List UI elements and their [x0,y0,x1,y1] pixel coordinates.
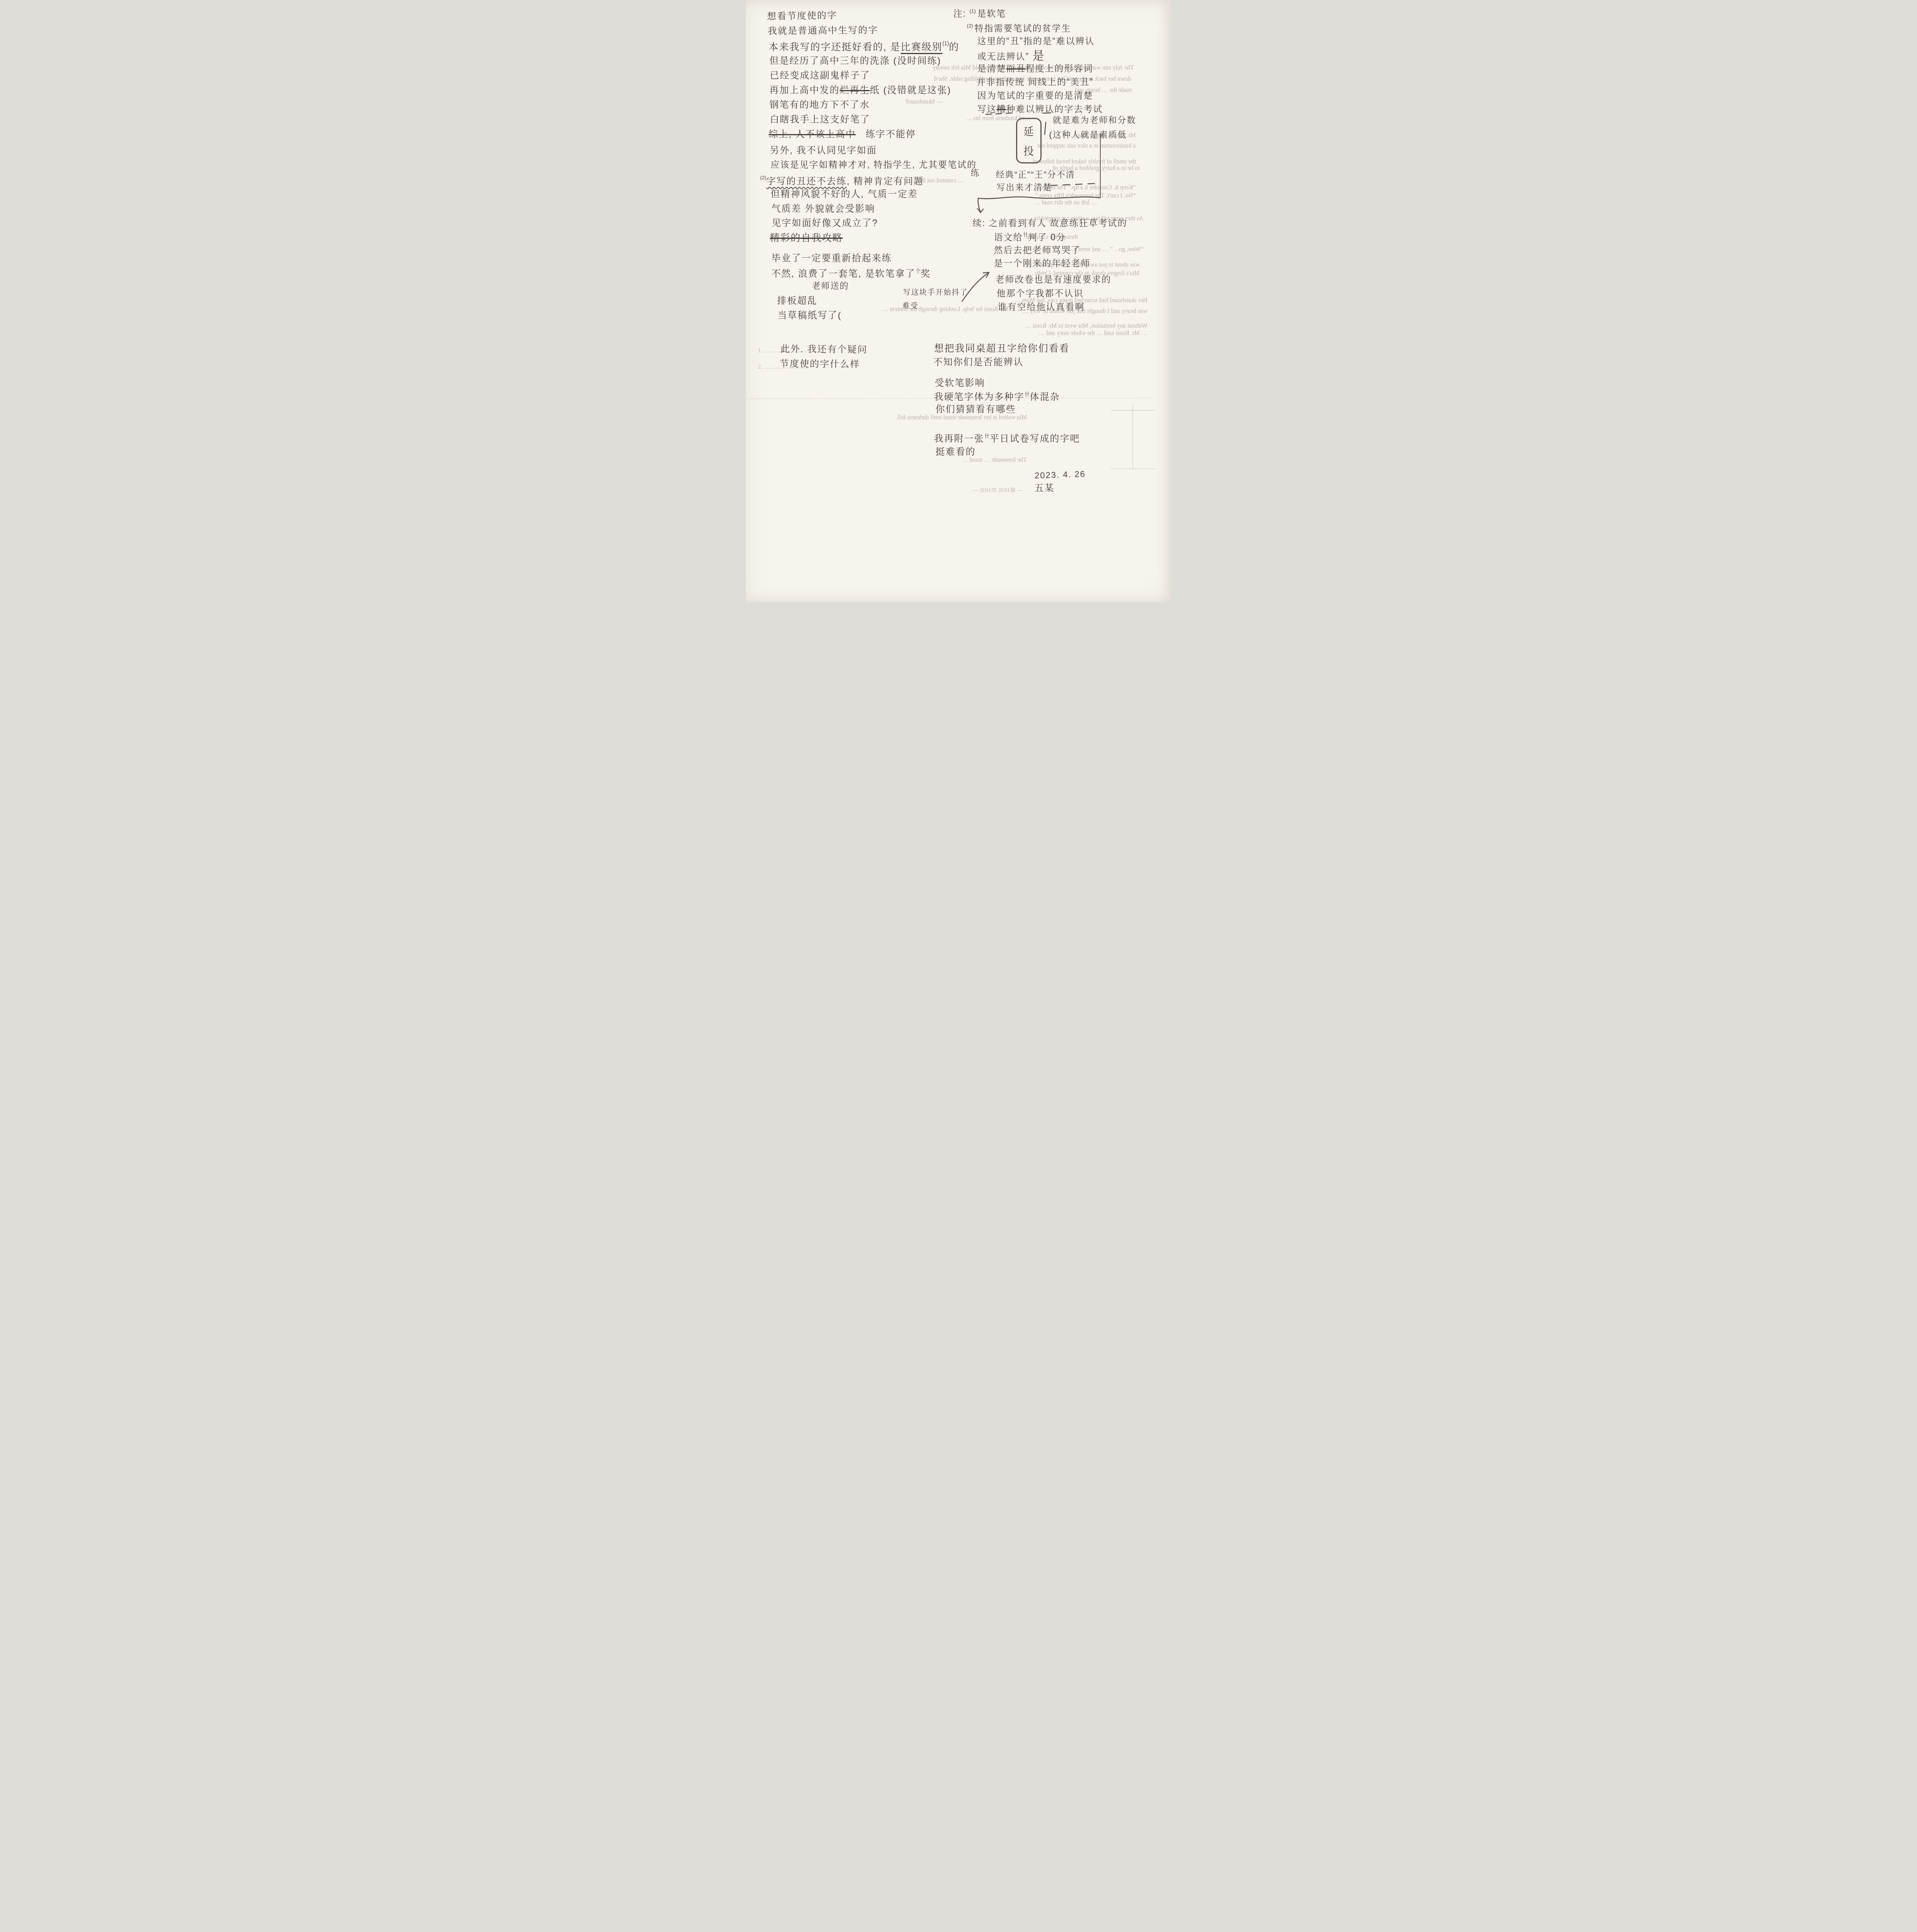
bleedthrough-text: “No, I can't. The lemonade's fifty cents… [985,193,1136,199]
bleedthrough-text: Without any hesitation, Mia went to Mr. … [981,323,1147,330]
handwritten-line: 练 [971,169,980,177]
handwritten-line: 语文给卄判了 0分 [994,232,1066,242]
handwritten-line: 写出来才清楚 [997,183,1052,192]
handwritten-line: 是一个刚来的年轻老师 [994,259,1091,268]
down-arrow-head [977,209,983,213]
handwritten-line: 排板超乱 [777,296,817,306]
handwritten-line: 老师改卷也是有速度要求的 [996,275,1111,284]
handwritten-line: (2)字写的丑还不去练, 精神肯定有问题 [760,175,924,186]
handwritten-line: 这里的“丑”指的是“难以辨认 [977,37,1095,46]
handwritten-line: 写这块手开始抖了 [903,289,968,296]
handwritten-line: 毕业了一定要重新拾起来练 [772,254,892,263]
handwritten-line: 综上, 人不该上高中 练字不能停 [769,130,916,139]
handwritten-line: 精彩的自我攻略 [770,233,843,243]
handwritten-line: 气质差 外貌就会受影响 [772,204,875,214]
down-arrow-shaft [978,198,981,213]
bleedthrough-text: The lemonade … stand … [896,457,1027,464]
bleedthrough-text: … Mr. Rossi said … the whole story and … [981,330,1147,337]
handwritten-line: 节度使的字什么样 [779,359,860,369]
handwritten-line: 钢笔有的地方下不了水 [770,100,870,110]
scanned-note-page: The July sun was burning over Oakwood Av… [746,0,1172,602]
handwritten-line: 是清楚而丑程度上的形容词 [977,64,1093,73]
bleedthrough-text: a businessman in a nice suit stepped out [985,143,1136,150]
handwritten-line: 谁有空给他认真看啊 [998,303,1085,311]
annotation-box: 延 投 [1016,118,1042,163]
handwritten-line: 但精神风貌不好的人, 气质一定差 [771,190,918,199]
handwritten-line: 五某 [1035,484,1055,493]
handwritten-line: 经典“正”“王”分不清 [996,170,1075,179]
handwritten-line: 并非指传统 间线上的“美丑” [977,78,1094,87]
handwritten-line: 老师送的 [812,282,849,290]
handwritten-line: 应该是见字如精神才对, 特指学生, 尤其要笔试的 [771,160,977,169]
handwritten-line: 他那个字我都不认识 [997,289,1084,298]
handwritten-line: 再加上高中发的烂再生纸 (没错就是这张) [770,86,952,95]
handwritten-line: 续: 之前看到有人 故意练狂草考试的 [973,219,1127,228]
handwritten-line: 此外. 我还有个疑问 [780,345,867,355]
handwritten-line: 但是经历了高中三年的洗涤 (没时间练) [770,56,942,66]
handwritten-line: 因为笔试的字重要的是清楚 [977,91,1093,100]
handwritten-line: 2023. 4. 26 [1034,470,1086,480]
handwritten-line: 受软笔影响 [935,379,985,388]
box-char-bottom: 投 [1023,143,1034,158]
bleedthrough-text: … left on the dirt road … [981,200,1097,206]
handwritten-line: 难受 [902,303,919,310]
handwritten-line: 注: (1) 是软笔 [953,9,1006,18]
handwritten-line: 写这糟种难以辨认的字去考试 [977,105,1103,114]
handwritten-line: 白瞎我手上这支好笔了 [770,115,870,124]
handwritten-line: 当草稿纸写了( [778,311,842,320]
handwritten-line: 已经变成这副鬼样子了 [770,71,870,80]
bleedthrough-text: … Mr. Rossi for help. Looking through th… [862,306,1016,313]
handwritten-line: 你们猜猜看有哪些 [936,405,1016,414]
bleedthrough-text: Mia waited at her lemonade stand until d… [896,415,1027,421]
handwritten-line: 另外, 我不认同见字如面 [770,146,877,155]
bleedthrough-text: — 第10页 共10页 — [907,488,1023,494]
handwritten-line: (2) 特指需要笔试的贫学生 [967,23,1071,33]
handwritten-line: (这种人就是素质低 [1049,131,1127,139]
handwritten-line: 我再附一张卄平日试卷写成的字吧 [934,434,1080,444]
handwritten-line: 或无法辨认” 是 [977,50,1045,62]
box-char-top: 延 [1023,123,1034,138]
handwritten-line: 不知你们是否能辨认 [933,358,1024,367]
handwritten-line: 本来我写的字还挺好看的, 是比赛级别(1)的 [769,41,960,52]
bleedthrough-text: the smell of freshly baked bread followe… [985,159,1136,165]
handwritten-line: 不然, 浪费了一套笔, 是软笔拿了个奖 [772,269,931,279]
handwritten-line: 想看节度使的字 [766,11,837,21]
handwritten-line: 然后去把老师骂哭了 [994,246,1081,255]
handwritten-line: 想把我同桌超丑字给你们看看 [934,344,1070,354]
handwritten-line: 挺难看的 [936,447,976,457]
handwritten-line: 就是难为老师和分数 [1053,116,1136,124]
handwritten-line: 我就是普通高中生写的字 [767,26,878,36]
handwritten-line: 见字如面好像又成立了? [772,219,878,228]
handwritten-line: 我硬笔字体为多种字卄体混杂 [934,392,1060,402]
